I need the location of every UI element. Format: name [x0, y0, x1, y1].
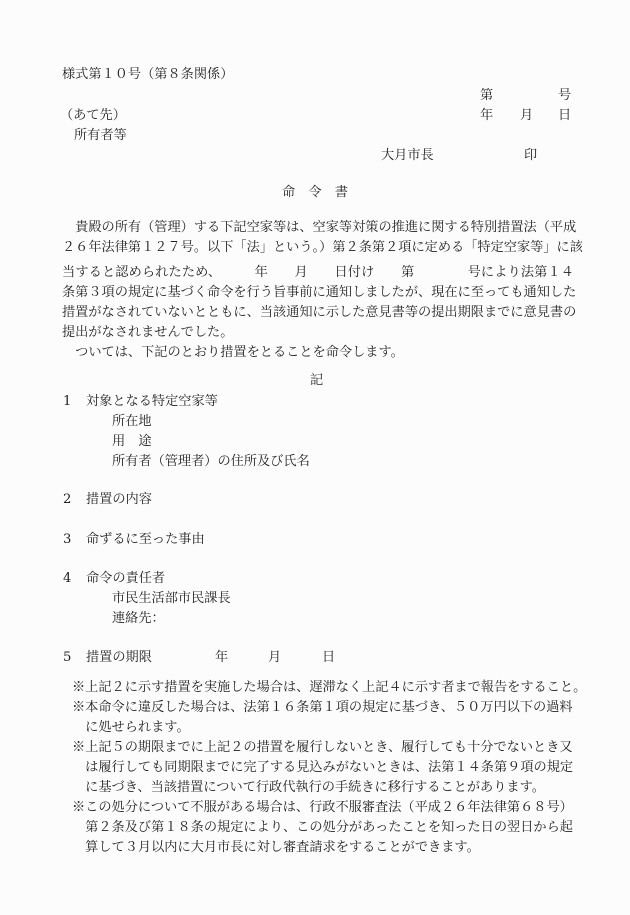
note-line: 算して３月以内に大月市長に対し審査請求をすることができます。 — [72, 840, 480, 856]
issuer: 大月市長 — [381, 148, 434, 164]
item-number: 2 — [63, 492, 71, 508]
item-label: 命ずるに至った事由 — [86, 532, 205, 548]
item-label: 措置の内容 — [86, 492, 152, 508]
note-line: に基づき、当該措置について行政代執行の手続きに移行することがあります。 — [72, 780, 545, 796]
note-line: 第２条及び第１８条の規定により、この処分があったことを知った日の翌日から起 — [72, 820, 572, 836]
item-label: 措置の期限 — [86, 650, 152, 666]
item-sub: 連絡先： — [112, 611, 165, 627]
item-number: 5 — [63, 650, 71, 666]
item-sub: 用 途 — [112, 434, 152, 450]
deadline-day: 日 — [322, 650, 335, 666]
item-number: 4 — [63, 571, 71, 587]
body-line: ２６年法律第１２７号。以下「法」という。）第２条第２項に定める「特定空家等」に該 — [62, 240, 574, 256]
note-line: に処せられます。 — [72, 720, 190, 736]
addressee-label: （あて先） — [60, 108, 126, 124]
note-line: ※この処分について不服がある場合は、行政不服審査法（平成２６年法律第６８号） — [72, 800, 572, 816]
body-line: ついては、下記のとおり措置をとることを命令します。 — [62, 345, 404, 361]
item-label: 対象となる特定空家等 — [86, 394, 218, 410]
note-line: は履行しても同期限までに完了する見込みがないときは、法第１４条第９項の規定 — [72, 760, 572, 776]
item-sub: 所有者（管理者）の住所及び氏名 — [112, 454, 310, 470]
note-line: ※上記５の期限までに上記２の措置を履行しないとき、履行しても十分でないとき又 — [72, 740, 572, 756]
date-day: 日 — [558, 108, 571, 124]
ki-heading: 記 — [310, 373, 323, 389]
doc-number-prefix: 第 — [480, 88, 493, 104]
deadline-year: 年 — [215, 650, 228, 666]
body-line: 貴殿の所有（管理）する下記空家等は、空家等対策の推進に関する特別措置法（平成 — [62, 220, 574, 236]
date-year: 年 — [480, 108, 493, 124]
note-line: ※本命令に違反した場合は、法第１６条第１項の規定に基づき、５０万円以下の過料 — [72, 700, 572, 716]
body-line: 措置がなされていないとともに、当該通知に示した意見書等の提出期限までに意見書の — [62, 305, 574, 321]
item-number: 1 — [63, 394, 71, 410]
form-number: 様式第１０号（第８条関係） — [62, 67, 233, 83]
body-line: 当すると認められたため、 年 月 日付け 第 号により法第１４ — [62, 265, 574, 281]
seal-mark: 印 — [524, 148, 537, 164]
note-line: ※上記２に示す措置を実施した場合は、遅滞なく上記４に示す者まで報告をすること。 — [72, 680, 572, 696]
item-number: 3 — [63, 532, 71, 548]
body-line: 条第３項の規定に基づく命令を行う旨事前に通知しましたが、現在に至っても通知した — [62, 285, 574, 301]
deadline-month: 月 — [268, 650, 281, 666]
item-sub: 市民生活部市民課長 — [112, 591, 231, 607]
date-month: 月 — [520, 108, 533, 124]
item-label: 命令の責任者 — [86, 571, 165, 587]
document-title: 命 令 書 — [282, 185, 348, 201]
addressee: 所有者等 — [74, 128, 127, 144]
body-line: 提出がなされませんでした。 — [62, 325, 233, 341]
item-sub: 所在地 — [112, 414, 152, 430]
doc-number-suffix: 号 — [558, 88, 571, 104]
